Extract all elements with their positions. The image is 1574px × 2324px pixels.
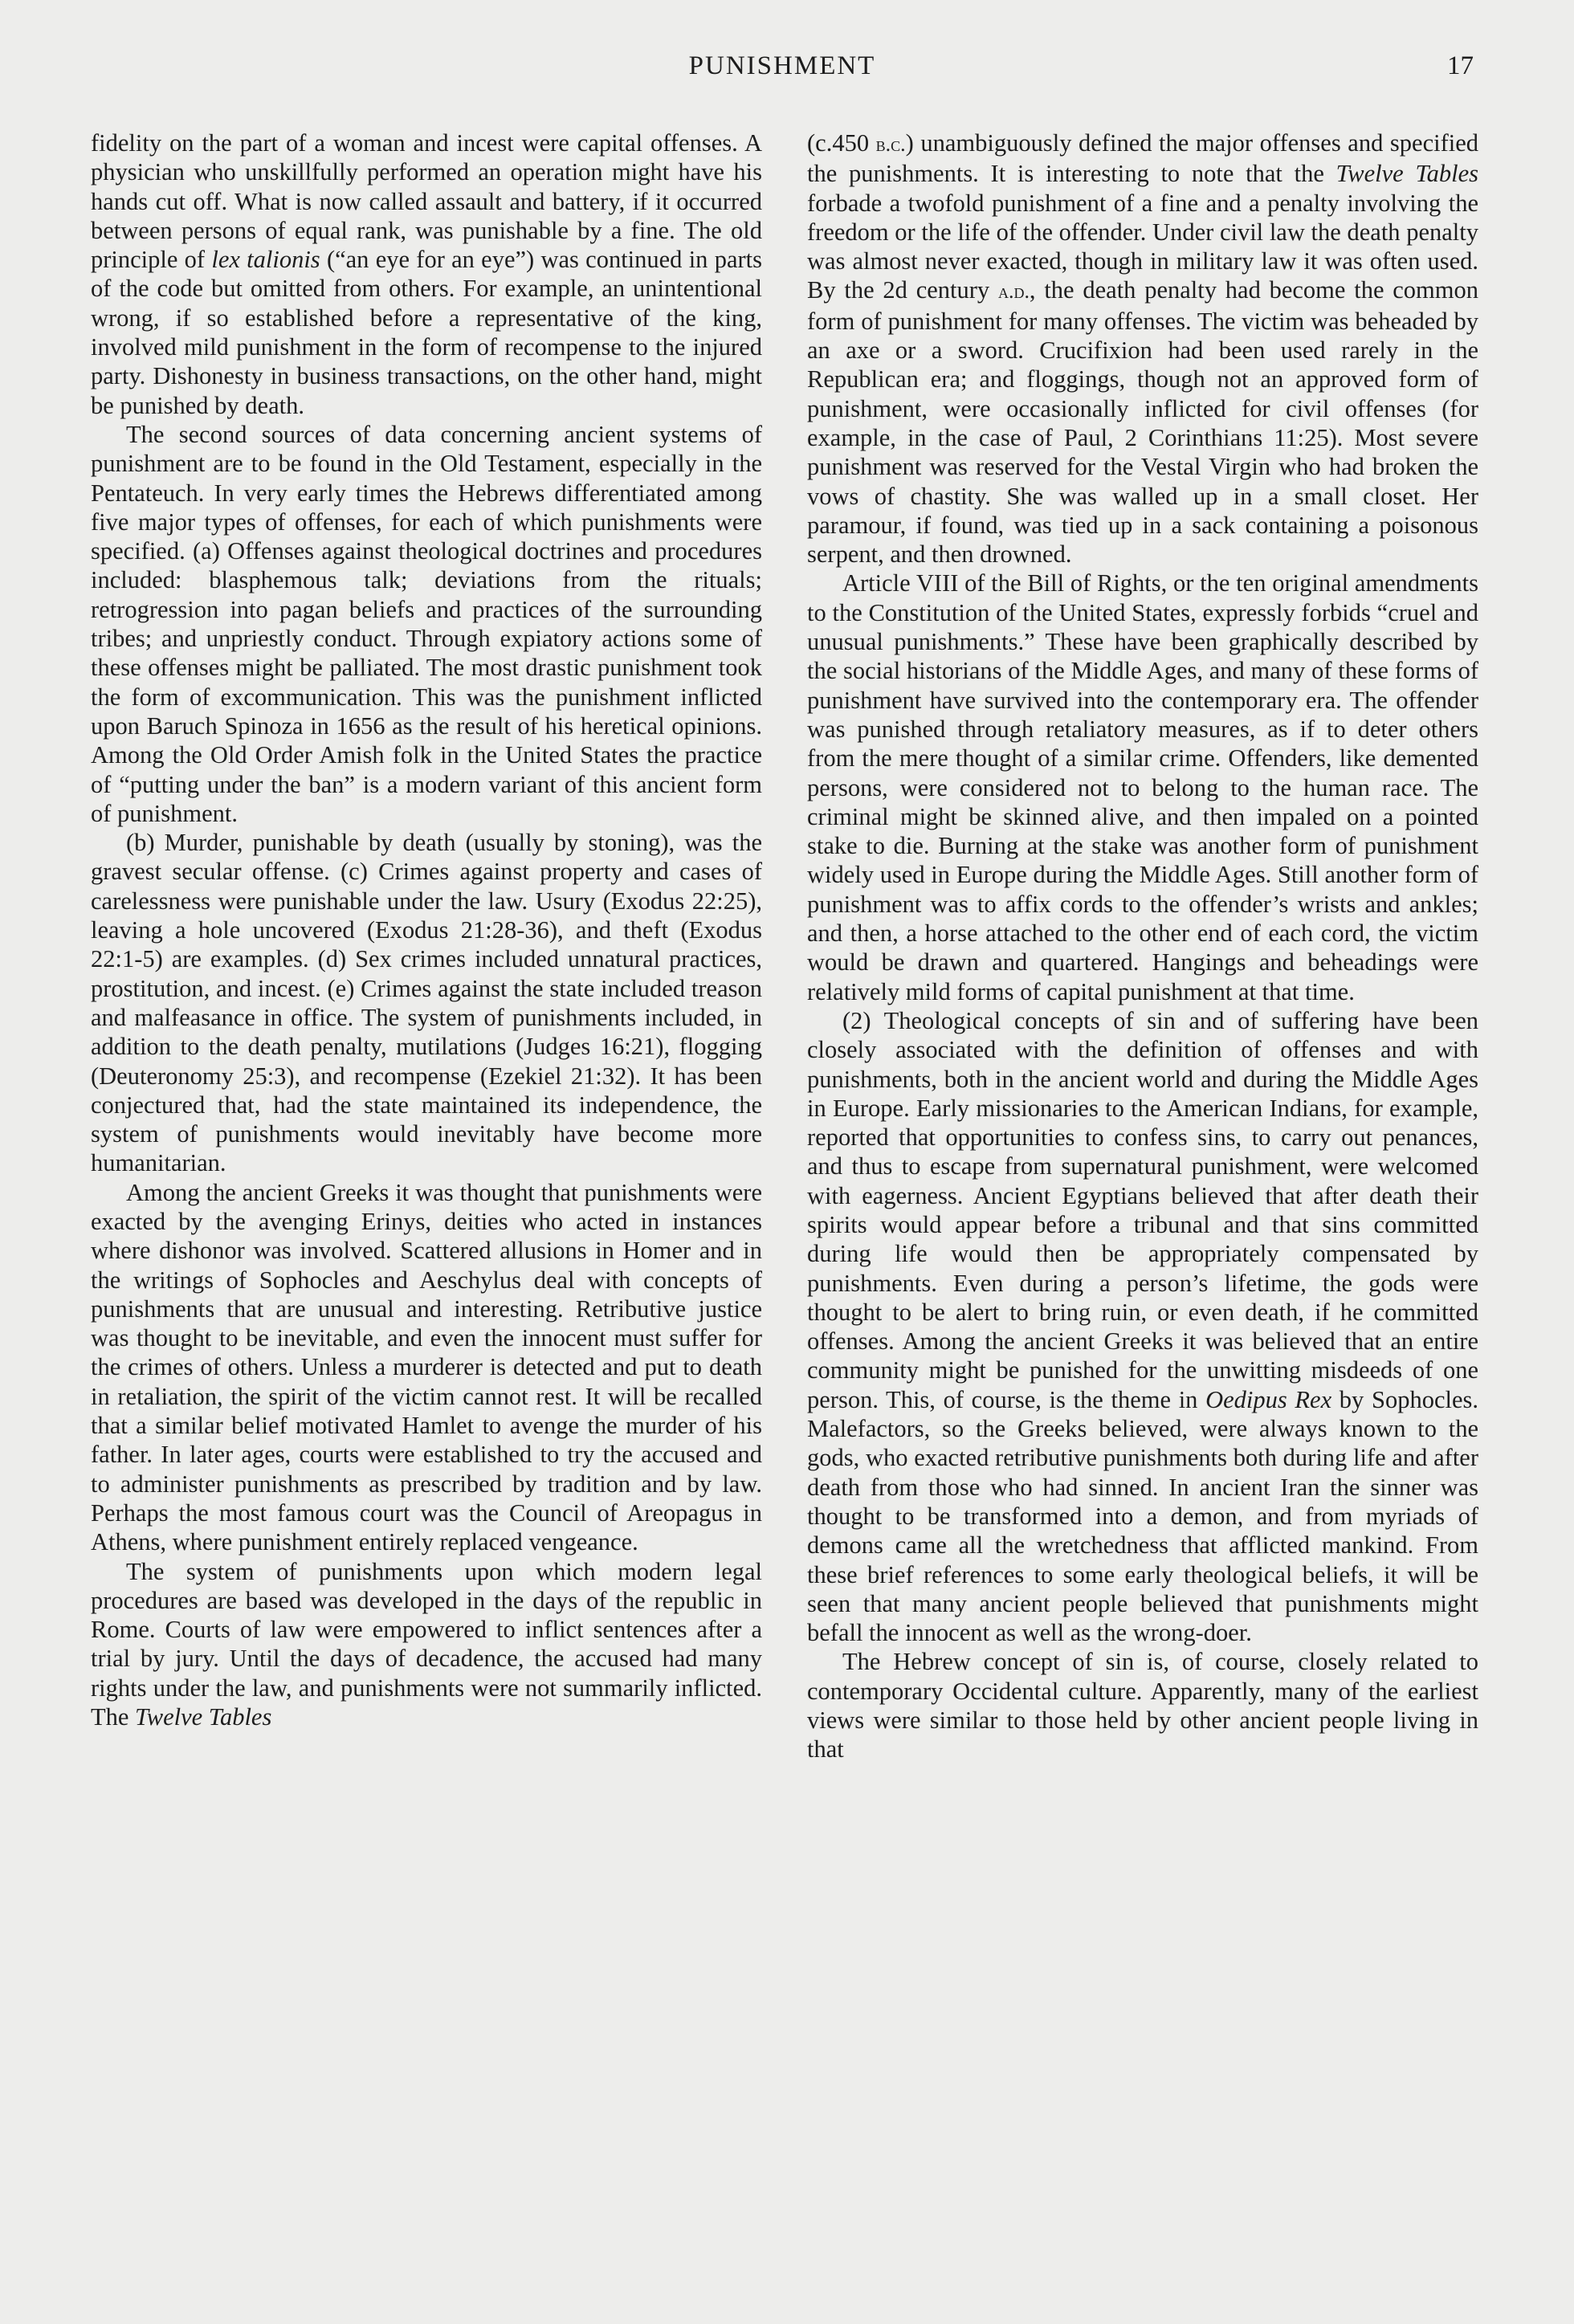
running-title: PUNISHMENT	[91, 51, 1474, 81]
running-head: PUNISHMENT 17	[91, 51, 1474, 88]
paragraph: (b) Murder, punishable by death (usually…	[91, 828, 762, 1178]
text-run: (c.450	[807, 129, 876, 157]
paragraph: The system of punishments upon which mod…	[91, 1557, 762, 1732]
paragraph: Article VIII of the Bill of Rights, or t…	[807, 569, 1478, 1005]
text-run: b.c.	[876, 133, 906, 156]
text-run: (b) Murder, punishable by death (usually…	[91, 829, 762, 1176]
italic-text: lex talionis	[211, 246, 320, 273]
italic-text: Twelve Tables	[1336, 160, 1478, 187]
paragraph: (2) Theological concepts of sin and of s…	[807, 1006, 1478, 1648]
page-number: 17	[1447, 51, 1474, 81]
italic-text: Oedipus Rex	[1205, 1386, 1331, 1413]
paragraph: (c.450 b.c.) unambiguously defined the m…	[807, 128, 1478, 569]
left-column: fidelity on the part of a woman and ince…	[91, 128, 762, 1731]
text-run: The second sources of data concerning an…	[91, 421, 762, 827]
right-column: (c.450 b.c.) unambiguously defined the m…	[807, 128, 1478, 1764]
paragraph: fidelity on the part of a woman and ince…	[91, 128, 762, 420]
paragraph: Among the ancient Greeks it was thought …	[91, 1178, 762, 1557]
text-run: The Hebrew concept of sin is, of course,…	[807, 1648, 1478, 1763]
text-run: by Sophocles. Malefactors, so the Greeks…	[807, 1386, 1478, 1646]
text-run: Among the ancient Greeks it was thought …	[91, 1179, 762, 1556]
text-run: , the death penalty had become the commo…	[807, 276, 1478, 568]
paragraph: The Hebrew concept of sin is, of course,…	[807, 1647, 1478, 1763]
paragraph: The second sources of data concerning an…	[91, 420, 762, 828]
text-run: Article VIII of the Bill of Rights, or t…	[807, 569, 1478, 1005]
text-run: a.d.	[998, 279, 1030, 303]
text-run: (2) Theological concepts of sin and of s…	[807, 1007, 1478, 1413]
italic-text: Twelve Tables	[135, 1703, 271, 1731]
